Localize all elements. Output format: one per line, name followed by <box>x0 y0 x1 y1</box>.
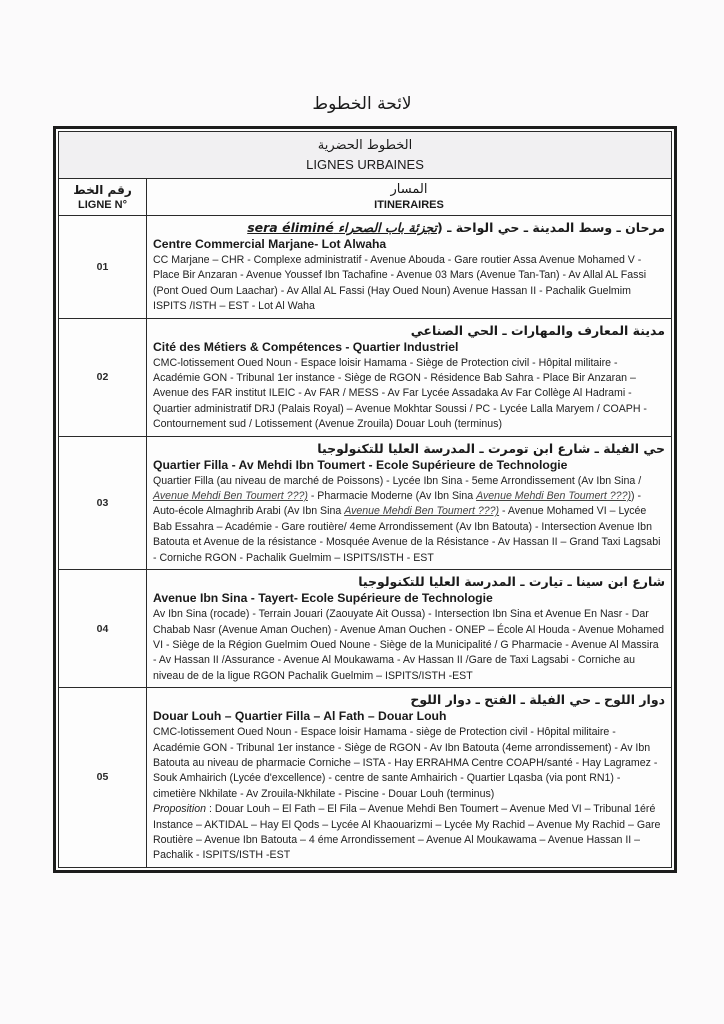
route-cell: دوار اللوح ـ حي الفيلة ـ الفتح ـ دوار ال… <box>147 688 672 868</box>
route-title-ar: دوار اللوح ـ حي الفيلة ـ الفتح ـ دوار ال… <box>153 691 665 708</box>
proposition-text: : Douar Louh – El Fath – El Fila – Avenu… <box>153 803 660 861</box>
line-number: 02 <box>59 318 147 436</box>
column-header-line-number: رقم الخط LIGNE N° <box>59 179 147 216</box>
stops-text: Quartier Filla (au niveau de marché de P… <box>153 475 641 487</box>
section-header: الخطوط الحضرية LIGNES URBAINES <box>59 132 672 179</box>
route-stops: Av Ibn Sina (rocade) - Terrain Jouari (Z… <box>153 607 665 684</box>
route-title-fr: Avenue Ibn Sina - Tayert- Ecole Supérieu… <box>153 590 665 607</box>
table-row: 01 مرحان ـ وسط المدينة ـ حي الواحة ـ (تج… <box>59 216 672 319</box>
col-line-ar: رقم الخط <box>59 182 146 198</box>
uncertain-street-note: Avenue Mehdi Ben Toumert ???) <box>344 505 499 517</box>
route-cell: حي الفيلة ـ شارع ابن تومرت ـ المدرسة الع… <box>147 436 672 569</box>
document-title: لائحة الخطوط <box>0 94 724 114</box>
route-title-ar: حي الفيلة ـ شارع ابن تومرت ـ المدرسة الع… <box>153 440 665 457</box>
table-row: 04 شارع ابن سينا ـ تيارت ـ المدرسة العلي… <box>59 570 672 688</box>
uncertain-street-note: Avenue Mehdi Ben Toumert ???) <box>476 490 631 502</box>
column-header-itinerary: المسار ITINERAIRES <box>147 179 672 216</box>
route-title-ar: شارع ابن سينا ـ تيارت ـ المدرسة العليا ل… <box>153 573 665 590</box>
proposition-label: Proposition <box>153 803 206 815</box>
route-title-ar: مدينة المعارف والمهارات ـ الحي الصناعي <box>153 322 665 339</box>
route-stops: Quartier Filla (au niveau de marché de P… <box>153 474 665 566</box>
line-number: 05 <box>59 688 147 868</box>
route-cell: شارع ابن سينا ـ تيارت ـ المدرسة العليا ل… <box>147 570 672 688</box>
route-title-fr: Centre Commercial Marjane- Lot Alwaha <box>153 236 665 253</box>
route-stops: CMC-lotissement Oued Noun - Espace loisi… <box>153 356 665 433</box>
section-title-ar: الخطوط الحضرية <box>59 136 671 156</box>
route-stops: CMC-lotissement Oued Noun - Espace loisi… <box>153 725 665 802</box>
route-title-ar-text: مرحان ـ وسط المدينة ـ حي الواحة ـ ( <box>437 220 665 235</box>
line-number: 03 <box>59 436 147 569</box>
route-title-fr: Douar Louh – Quartier Filla – Al Fath – … <box>153 708 665 725</box>
stops-text: - Pharmacie Moderne (Av Ibn Sina <box>308 490 476 502</box>
section-title-fr: LIGNES URBAINES <box>59 156 671 174</box>
urban-lines-table-frame: الخطوط الحضرية LIGNES URBAINES رقم الخط … <box>53 126 677 873</box>
eliminated-note: تجزئة باب الصحراء sera éliminé <box>247 220 437 235</box>
route-cell: مرحان ـ وسط المدينة ـ حي الواحة ـ (تجزئة… <box>147 216 672 319</box>
col-route-ar: المسار <box>147 182 671 198</box>
line-number: 04 <box>59 570 147 688</box>
column-header-row: رقم الخط LIGNE N° المسار ITINERAIRES <box>59 179 672 216</box>
table-row: 03 حي الفيلة ـ شارع ابن تومرت ـ المدرسة … <box>59 436 672 569</box>
table-row: 05 دوار اللوح ـ حي الفيلة ـ الفتح ـ دوار… <box>59 688 672 868</box>
section-header-row: الخطوط الحضرية LIGNES URBAINES <box>59 132 672 179</box>
urban-lines-table: الخطوط الحضرية LIGNES URBAINES رقم الخط … <box>58 131 672 868</box>
uncertain-street-note: Avenue Mehdi Ben Toumert ???) <box>153 490 308 502</box>
line-number: 01 <box>59 216 147 319</box>
route-proposition: Proposition : Douar Louh – El Fath – El … <box>153 802 665 864</box>
route-stops: CC Marjane – CHR - Complexe administrati… <box>153 253 665 315</box>
col-route-fr: ITINERAIRES <box>147 198 671 213</box>
route-title-ar: مرحان ـ وسط المدينة ـ حي الواحة ـ (تجزئة… <box>153 219 665 236</box>
route-cell: مدينة المعارف والمهارات ـ الحي الصناعي C… <box>147 318 672 436</box>
table-row: 02 مدينة المعارف والمهارات ـ الحي الصناع… <box>59 318 672 436</box>
col-line-fr: LIGNE N° <box>59 198 146 213</box>
route-title-fr: Cité des Métiers & Compétences - Quartie… <box>153 339 665 356</box>
route-title-fr: Quartier Filla - Av Mehdi Ibn Toumert - … <box>153 457 665 474</box>
